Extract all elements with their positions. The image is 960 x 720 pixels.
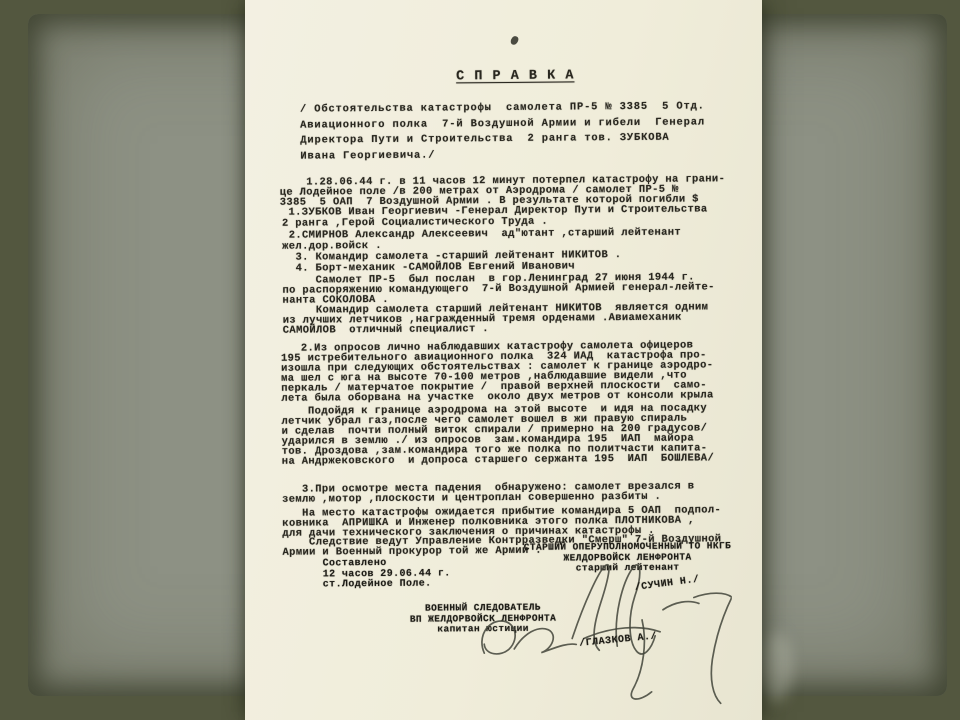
paragraph-spiral-crash: Подойдя к границе аэродрома на этой высо…: [281, 403, 755, 467]
doc-subject: / Обстоятельства катастрофы самолета ПР-…: [300, 99, 774, 165]
casualty-item-zubkov: 1.ЗУБКОВ Иван Георгиевич -Генерал Директ…: [282, 204, 756, 230]
signature-block: СТАРШИЙ ОПЕРУПОЛНОМОЧЕННЫЙ ТО НКГБ ЖЕЛДО…: [246, 539, 764, 720]
composed-note: Составлено 12 часов 29.06.44 г. ст.Лодей…: [323, 558, 451, 591]
paragraph-site-inspection: 3.При осмотре места падения обнаружено: …: [282, 481, 756, 505]
document-text: С П Р А В К А / Обстоятельства катастроф…: [242, 0, 765, 720]
photo-background: С П Р А В К А / Обстоятельства катастроф…: [0, 0, 960, 720]
paragraph-witnesses: 2.Из опросов лично наблюдавших катастроф…: [281, 340, 755, 404]
paragraph-crew-quality: Командир самолета старший лейтенант НИКИ…: [283, 302, 757, 336]
signatory-1-name: /СУЧИН Н./: [634, 576, 700, 594]
doc-title: С П Р А В К А: [257, 70, 774, 84]
signatory-2-title: ВОЕННЫЙ СЛЕДОВАТЕЛЬ ВП ЖЕЛДОРВОЙСК ЛЕНФР…: [365, 602, 601, 635]
document-page: С П Р А В К А / Обстоятельства катастроф…: [245, 0, 762, 720]
signatory-2-name: /ГЛАЗКОВ А./: [579, 632, 658, 649]
signatory-1-title: СТАРШИЙ ОПЕРУПОЛНОМОЧЕННЫЙ ТО НКГБ ЖЕЛДО…: [488, 541, 766, 575]
